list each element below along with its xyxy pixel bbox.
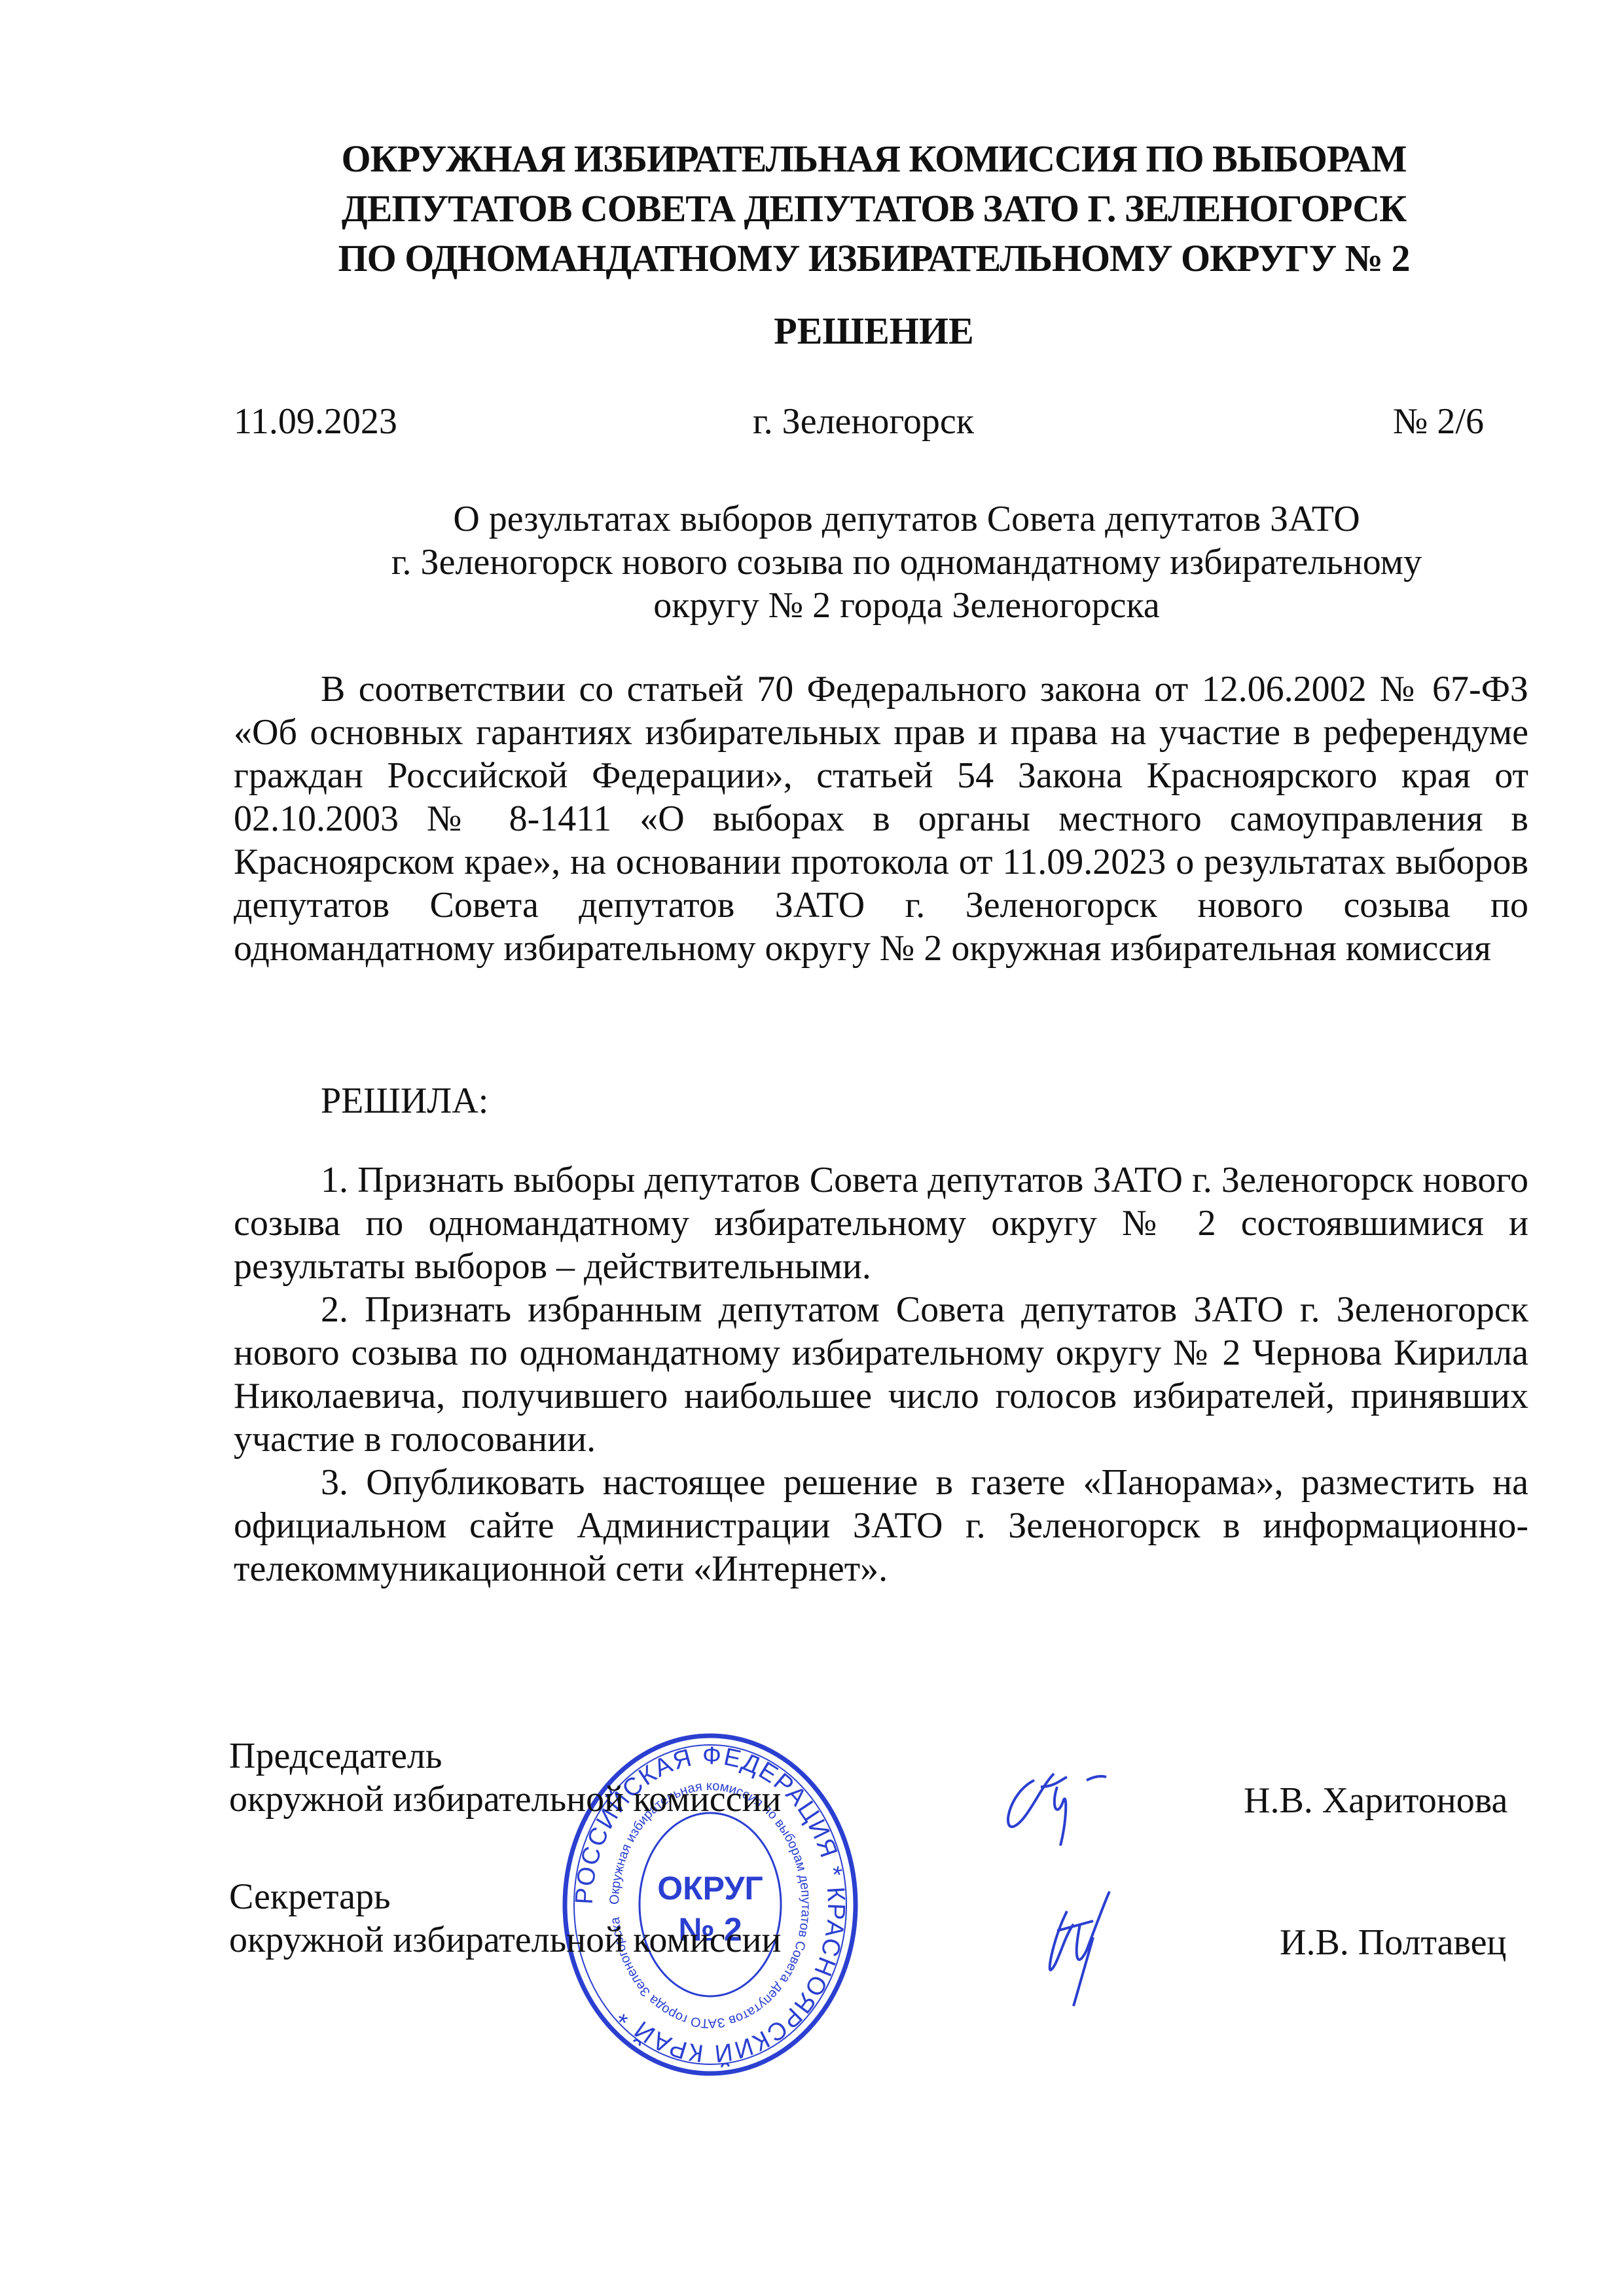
decision-items: 1. Признать выборы депутатов Совета депу… [234, 1158, 1528, 1590]
chair-role-line-2: окружной избирательной комиссии [229, 1778, 781, 1821]
title-line-1: О результатах выборов депутатов Совета д… [295, 497, 1519, 541]
commission-header: ОКРУЖНАЯ ИЗБИРАТЕЛЬНАЯ КОМИССИЯ ПО ВЫБОР… [232, 134, 1515, 283]
secretary-signature [1034, 1885, 1126, 2009]
decision-item-2: 2. Признать избранным депутатом Совета д… [234, 1288, 1528, 1461]
preamble: В соответствии со статьей 70 Федеральног… [234, 668, 1528, 970]
chair-role-line-1: Председатель [229, 1734, 781, 1778]
secretary-role-line-2: окружной избирательной комиссии [229, 1918, 781, 1962]
secretary-role-line-1: Секретарь [229, 1875, 781, 1918]
document-type: РЕШЕНИЕ [232, 309, 1515, 353]
decision-item-1: 1. Признать выборы депутатов Совета депу… [234, 1158, 1528, 1288]
header-line-3: ПО ОДНОМАНДАТНОМУ ИЗБИРАТЕЛЬНОМУ ОКРУГУ … [232, 234, 1515, 283]
document-title: О результатах выборов депутатов Совета д… [295, 497, 1519, 627]
document-date: 11.09.2023 [234, 401, 397, 442]
document-place: г. Зеленогорск [753, 401, 974, 442]
decision-item-3: 3. Опубликовать настоящее решение в газе… [234, 1461, 1528, 1590]
title-line-3: округу № 2 города Зеленогорска [295, 584, 1519, 627]
preamble-text: В соответствии со статьей 70 Федеральног… [234, 668, 1528, 970]
title-line-2: г. Зеленогорск нового созыва по одноманд… [295, 541, 1519, 584]
chair-signature [995, 1761, 1139, 1846]
chair-role: Председатель окружной избирательной коми… [229, 1734, 781, 1821]
document-page: ОКРУЖНАЯ ИЗБИРАТЕЛЬНАЯ КОМИССИЯ ПО ВЫБОР… [0, 0, 1624, 2296]
secretary-role: Секретарь окружной избирательной комисси… [229, 1875, 781, 1962]
header-line-1: ОКРУЖНАЯ ИЗБИРАТЕЛЬНАЯ КОМИССИЯ ПО ВЫБОР… [232, 134, 1515, 184]
secretary-name: И.В. Полтавец [1280, 1921, 1506, 1964]
header-line-2: ДЕПУТАТОВ СОВЕТА ДЕПУТАТОВ ЗАТО Г. ЗЕЛЕН… [232, 184, 1515, 234]
chair-name: Н.В. Харитонова [1244, 1779, 1507, 1822]
document-number: № 2/6 [1393, 401, 1484, 442]
decided-label: РЕШИЛА: [321, 1080, 488, 1122]
